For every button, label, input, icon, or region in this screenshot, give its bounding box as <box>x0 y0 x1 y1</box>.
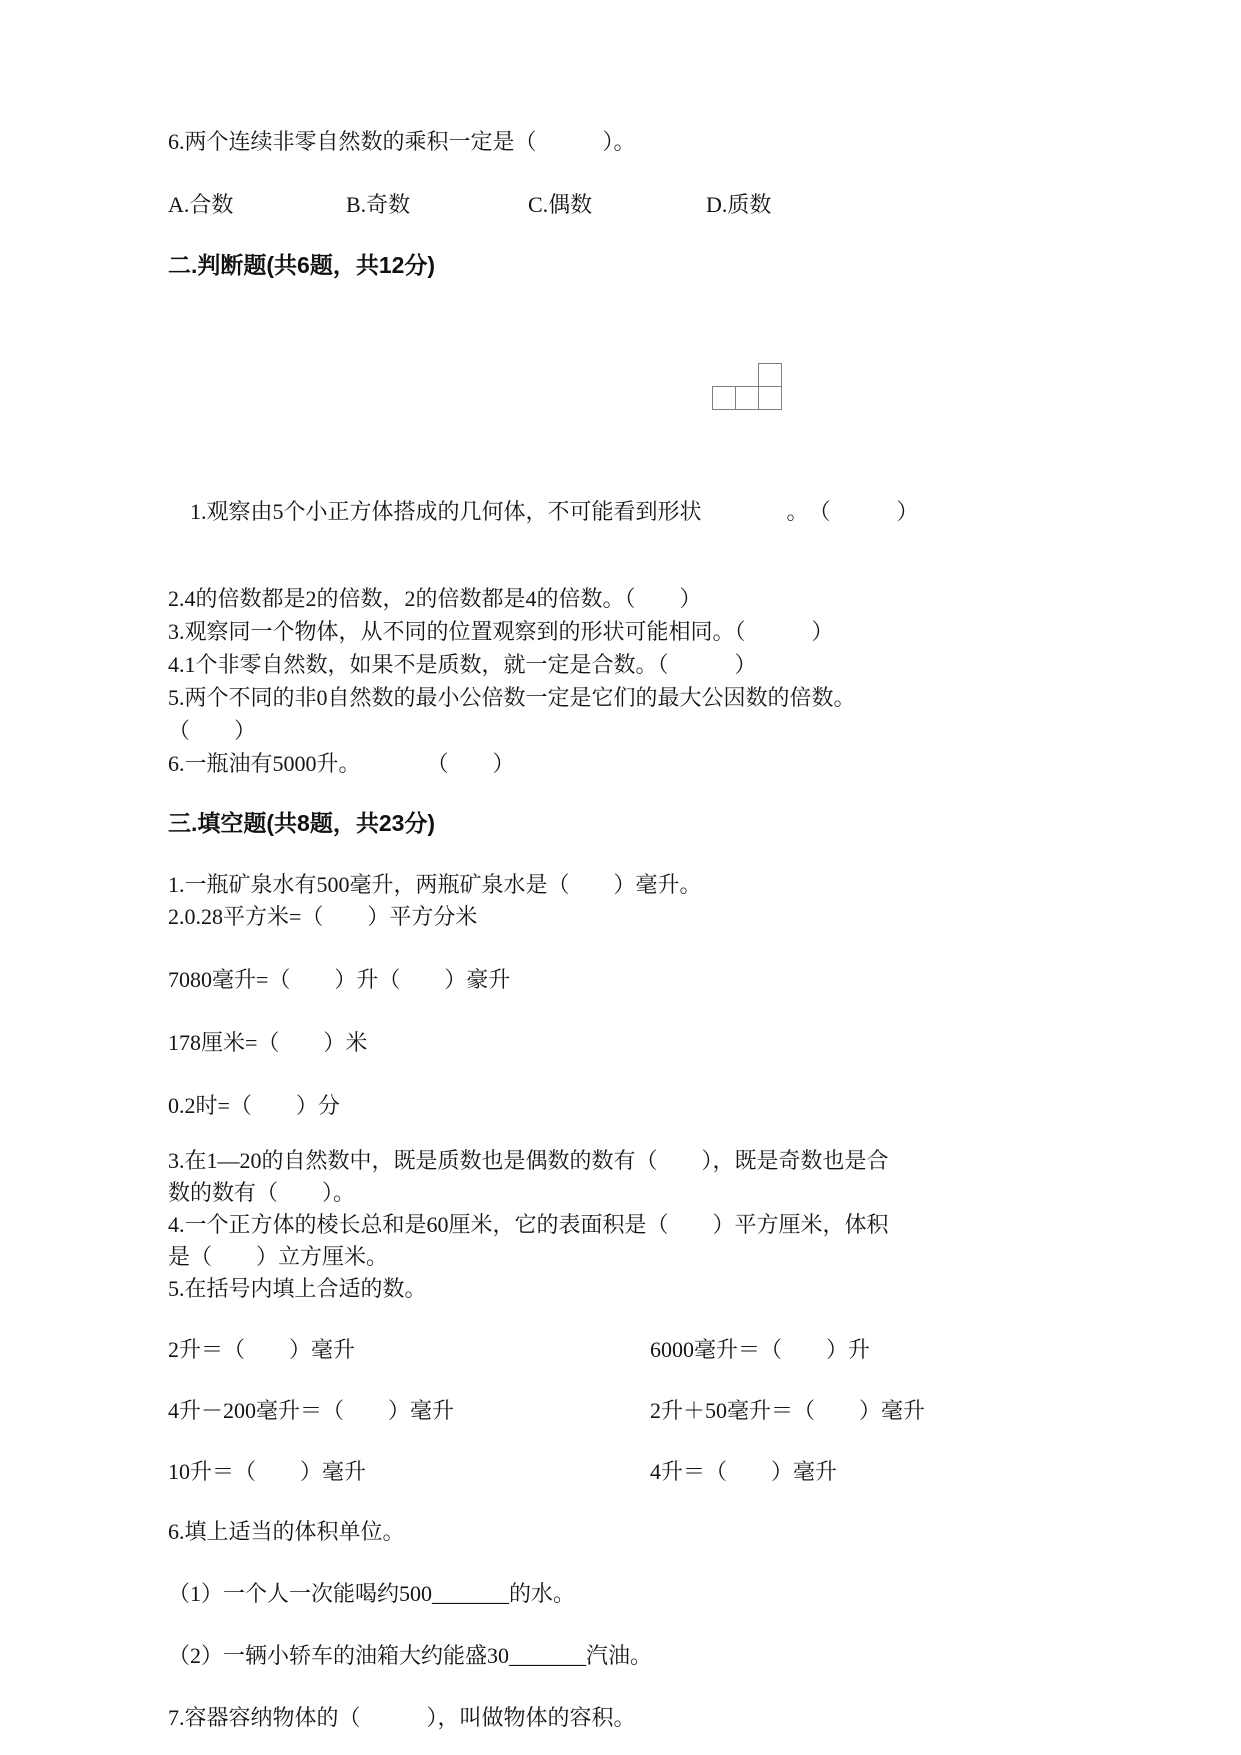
judge-q1-text: 1.观察由5个小正方体搭成的几何体，不可能看到形状 <box>190 499 702 524</box>
fill-q5-row2-right: 2升＋50毫升＝（ ）毫升 <box>650 1395 925 1427</box>
fill-question-4-line2: 是（ ）立方厘米。 <box>168 1241 1075 1273</box>
fill-question-6-item-2: （2）一辆小轿车的油箱大约能盛30_______汽油。 <box>168 1640 1075 1672</box>
judge-question-6: 6.一瓶油有5000升。 （ ） <box>168 747 1075 780</box>
exam-page: 6.两个连续非零自然数的乘积一定是（ ）。 A.合数 B.奇数 C.偶数 D.质… <box>0 0 1241 1755</box>
choice-question-6: 6.两个连续非零自然数的乘积一定是（ ）。 <box>168 126 1075 158</box>
cube-cell-bottom-middle <box>735 386 759 410</box>
cube-shape-figure <box>712 363 783 410</box>
judge-question-2: 2.4的倍数都是2的倍数，2的倍数都是4的倍数。（ ） <box>168 582 1075 615</box>
judge-items: 2.4的倍数都是2的倍数，2的倍数都是4的倍数。（ ） 3.观察同一个物体，从不… <box>168 582 1075 780</box>
fill-q2-conversion-row-2: 178厘米=（ ）米 <box>168 1027 1075 1059</box>
fill-question-7: 7.容器容纳物体的（ ），叫做物体的容积。 <box>168 1702 1075 1734</box>
option-d: D.质数 <box>706 189 771 221</box>
judge-q1-answer-bracket: 。 （ ） <box>787 499 919 524</box>
fill-question-3-line2: 数的数有（ ）。 <box>168 1177 1075 1209</box>
fill-q5-row1-right: 6000毫升＝（ ）升 <box>650 1334 870 1366</box>
fill-question-4-line1: 4.一个正方体的棱长总和是60厘米，它的表面积是（ ）平方厘米，体积 <box>168 1209 1075 1241</box>
fill-q5-row3-left: 10升＝（ ）毫升 <box>168 1456 650 1488</box>
fill-q2-conversion-row-1: 7080毫升=（ ）升（ ）豪升 <box>168 964 1075 996</box>
judge-question-5-answer-bracket: （ ） <box>168 714 1075 747</box>
judge-question-3: 3.观察同一个物体，从不同的位置观察到的形状可能相同。（ ） <box>168 615 1075 648</box>
fill-q5-row2-left: 4升－200毫升＝（ ）毫升 <box>168 1395 650 1427</box>
judge-question-1: 1.观察由5个小正方体搭成的几何体，不可能看到形状 。 （ ） <box>168 331 1075 560</box>
fill-question-2: 2.0.28平方米=（ ）平方分米 <box>168 901 1075 933</box>
fill-question-1: 1.一瓶矿泉水有500毫升，两瓶矿泉水是（ ）毫升。 <box>168 869 1075 901</box>
cube-cell-bottom-left <box>712 386 736 410</box>
fill-question-6-item-1: （1）一个人一次能喝约500_______的水。 <box>168 1578 1075 1610</box>
option-a: A.合数 <box>168 189 346 221</box>
fill-section-heading: 三.填空题(共8题，共23分) <box>168 806 1075 840</box>
fill-q5-row-3: 10升＝（ ）毫升 4升＝（ ）毫升 <box>168 1456 1075 1488</box>
fill-q5-row1-left: 2升＝（ ）毫升 <box>168 1334 650 1366</box>
fill-question-6-title: 6.填上适当的体积单位。 <box>168 1516 1075 1548</box>
judge-question-5-line1: 5.两个不同的非0自然数的最小公倍数一定是它们的最大公因数的倍数。 <box>168 681 1075 714</box>
fill-questions-3-4-5: 3.在1—20的自然数中，既是质数也是偶数的数有（ ），既是奇数也是合 数的数有… <box>168 1145 1075 1305</box>
option-b: B.奇数 <box>346 189 528 221</box>
cube-cell-top-right <box>758 363 782 387</box>
fill-q5-row-1: 2升＝（ ）毫升 6000毫升＝（ ）升 <box>168 1334 1075 1366</box>
fill-q5-row3-right: 4升＝（ ）毫升 <box>650 1456 837 1488</box>
fill-question-3-line1: 3.在1—20的自然数中，既是质数也是偶数的数有（ ），既是奇数也是合 <box>168 1145 1075 1177</box>
choice-options-row: A.合数 B.奇数 C.偶数 D.质数 <box>168 189 1075 221</box>
judge-section-heading: 二.判断题(共6题，共12分) <box>168 248 1075 282</box>
fill-question-5-title: 5.在括号内填上合适的数。 <box>168 1273 1075 1305</box>
fill-questions-1-2: 1.一瓶矿泉水有500毫升，两瓶矿泉水是（ ）毫升。 2.0.28平方米=（ ）… <box>168 869 1075 933</box>
judge-question-4: 4.1个非零自然数，如果不是质数，就一定是合数。（ ） <box>168 648 1075 681</box>
fill-q2-conversion-row-3: 0.2时=（ ）分 <box>168 1090 1075 1122</box>
fill-q5-row-2: 4升－200毫升＝（ ）毫升 2升＋50毫升＝（ ）毫升 <box>168 1395 1075 1427</box>
option-c: C.偶数 <box>528 189 706 221</box>
cube-cell-bottom-right <box>758 386 782 410</box>
